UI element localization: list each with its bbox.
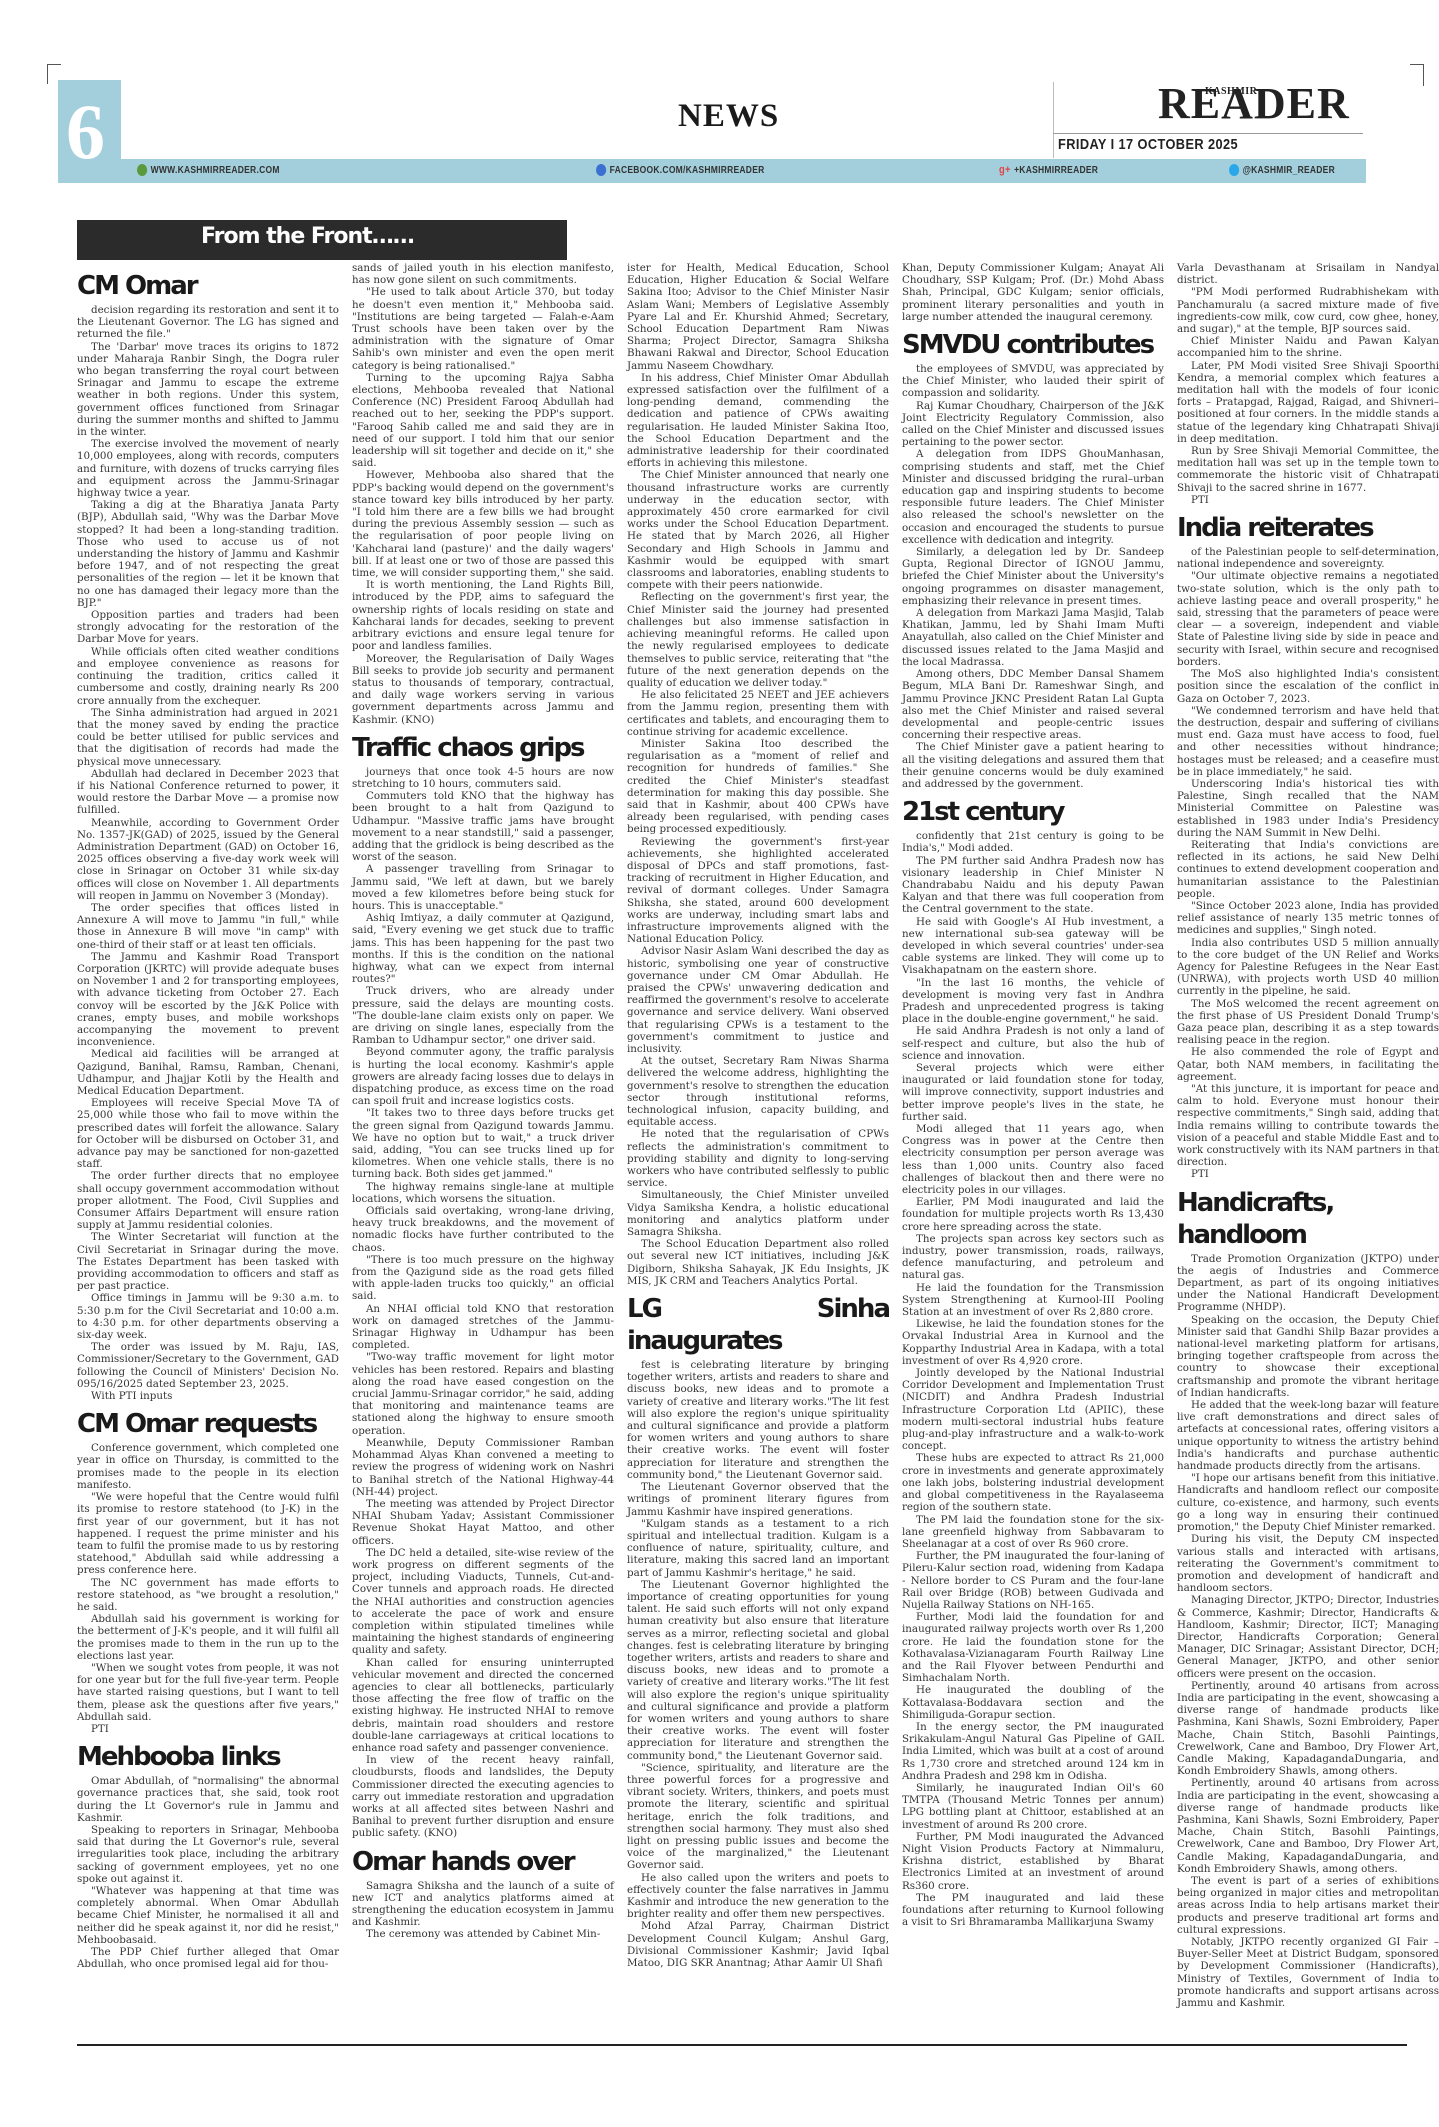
- article-paragraph: A delegation from IDPS GhouManhasan, com…: [902, 448, 1164, 546]
- article-paragraph: He added that the week-long bazar will f…: [1177, 1399, 1439, 1472]
- article-paragraph: Speaking to reporters in Srinagar, Mehbo…: [77, 1824, 339, 1885]
- masthead: 6 NEWS KASHMIR READER FRIDAY I 17 OCTOBE…: [58, 80, 1400, 183]
- article-paragraph: Reflecting on the government's first yea…: [627, 591, 889, 689]
- article-paragraph: Mohd Afzal Parray, Chairman District Dev…: [627, 1920, 889, 1969]
- article-paragraph: "Science, spirituality, and literature a…: [627, 1762, 889, 1872]
- article-paragraph: The PDP Chief further alleged that Omar …: [77, 1946, 339, 1970]
- article-paragraph: confidently that 21st century is going t…: [902, 830, 1164, 854]
- article-paragraph: journeys that once took 4-5 hours are no…: [352, 766, 614, 790]
- article-paragraph: The Jammu and Kashmir Road Transport Cor…: [77, 951, 339, 1049]
- article-credit: With PTI inputs: [77, 1390, 339, 1402]
- article-paragraph: He also commended the role of Egypt and …: [1177, 1046, 1439, 1083]
- article-paragraph: He said Andhra Pradesh is not only a lan…: [902, 1025, 1164, 1062]
- article-paragraph: Further, PM Modi inaugurated the Advance…: [902, 1831, 1164, 1892]
- article-paragraph: The projects span across key sectors suc…: [902, 1233, 1164, 1282]
- article-paragraph: Advisor Nasir Aslam Wani described the d…: [627, 945, 889, 1055]
- column-4: Khan, Deputy Commissioner Kulgam; Anayat…: [902, 262, 1164, 1928]
- google-plus-icon: g+: [999, 164, 1011, 176]
- article-paragraph: He said with Google's AI Hub investment,…: [902, 916, 1164, 977]
- article-paragraph: India also contributes USD 5 million ann…: [1177, 937, 1439, 998]
- article-paragraph: ister for Health, Medical Education, Sch…: [627, 262, 889, 372]
- article-paragraph: Medical aid facilities will be arranged …: [77, 1048, 339, 1097]
- article-paragraph: Commuters told KNO that the highway has …: [352, 790, 614, 863]
- article-paragraph: Reviewing the government's first-year ac…: [627, 836, 889, 946]
- article-paragraph: The 'Darbar' move traces its origins to …: [77, 341, 339, 439]
- article-paragraph: "We condemned terrorism and have held th…: [1177, 705, 1439, 778]
- from-the-front-banner: From the Front……: [77, 220, 567, 260]
- article-paragraph: Turning to the upcoming Rajya Sabha elec…: [352, 372, 614, 470]
- article-paragraph: The PM further said Andhra Pradesh now h…: [902, 855, 1164, 916]
- article-paragraph: sands of jailed youth in his election ma…: [352, 262, 614, 286]
- article-paragraph: He also called upon the writers and poet…: [627, 1872, 889, 1921]
- article-paragraph: Earlier, PM Modi inaugurated and laid th…: [902, 1196, 1164, 1233]
- article-paragraph: He noted that the regularisation of CPWs…: [627, 1128, 889, 1189]
- masthead-rule: [1053, 133, 1363, 134]
- article-paragraph: Similarly, a delegation led by Dr. Sande…: [902, 546, 1164, 607]
- article-paragraph: Managing Director, JKTPO; Director, Indu…: [1177, 1594, 1439, 1679]
- article-paragraph: The order further directs that no employ…: [77, 1170, 339, 1231]
- article-paragraph: A delegation from Markazi Jama Masjid, T…: [902, 607, 1164, 668]
- article-paragraph: Further, the PM inaugurated the four-lan…: [902, 1550, 1164, 1611]
- article-paragraph: Officials said overtaking, wrong-lane dr…: [352, 1205, 614, 1254]
- facebook-icon: [596, 164, 606, 176]
- article-paragraph: Several projects which were either inaug…: [902, 1062, 1164, 1123]
- article-paragraph: A passenger travelling from Srinagar to …: [352, 863, 614, 912]
- article-paragraph: Samagra Shiksha and the launch of a suit…: [352, 1880, 614, 1929]
- article-paragraph: The highway remains single-lane at multi…: [352, 1181, 614, 1205]
- article-paragraph: In view of the recent heavy rainfall, cl…: [352, 1754, 614, 1839]
- article-paragraph: Minister Sakina Itoo described the regul…: [627, 738, 889, 836]
- article-paragraph: "He used to talk about Article 370, but …: [352, 286, 614, 371]
- article-paragraph: "PM Modi performed Rudrabhishekam with P…: [1177, 286, 1439, 335]
- article-paragraph: An NHAI official told KNO that restorati…: [352, 1303, 614, 1352]
- article-paragraph: Further, Modi laid the foundation for an…: [902, 1611, 1164, 1684]
- article-paragraph: The PM laid the foundation stone for the…: [902, 1514, 1164, 1551]
- google-plus-label: +KASHMIRREADER: [1014, 165, 1098, 176]
- column-1: CM Omar decision regarding its restorati…: [77, 270, 339, 1970]
- article-paragraph: In his address, Chief Minister Omar Abdu…: [627, 372, 889, 470]
- article-paragraph: The order specifies that offices listed …: [77, 902, 339, 951]
- article-credit: PTI: [1177, 494, 1439, 506]
- article-paragraph: During his visit, the Deputy CM inspecte…: [1177, 1533, 1439, 1594]
- article-paragraph: In the energy sector, the PM inaugurated…: [902, 1721, 1164, 1782]
- logo-reader: READER: [1158, 82, 1350, 126]
- headline-traffic-chaos-grips: Traffic chaos grips: [352, 732, 614, 764]
- article-paragraph: "When we sought votes from people, it wa…: [77, 1662, 339, 1723]
- article-paragraph: Taking a dig at the Bharatiya Janata Par…: [77, 499, 339, 609]
- article-paragraph: Jointly developed by the National Indust…: [902, 1367, 1164, 1452]
- article-paragraph: The DC held a detailed, site-wise review…: [352, 1547, 614, 1657]
- article-paragraph: Office timings in Jammu will be 9:30 a.m…: [77, 1292, 339, 1341]
- article-paragraph: Khan, Deputy Commissioner Kulgam; Anayat…: [902, 262, 1164, 323]
- column-2: sands of jailed youth in his election ma…: [352, 262, 614, 1941]
- issue-date: FRIDAY I 17 OCTOBER 2025: [1058, 136, 1238, 153]
- article-paragraph: While officials often cited weather cond…: [77, 646, 339, 707]
- headline-cm-omar-requests: CM Omar requests: [77, 1408, 339, 1440]
- article-paragraph: Among others, DDC Member Dansal Shamem B…: [902, 668, 1164, 741]
- article-paragraph: "It takes two to three days before truck…: [352, 1107, 614, 1180]
- article-paragraph: Reiterating that India's convictions are…: [1177, 839, 1439, 900]
- section-title: NEWS: [678, 98, 779, 135]
- column-5: Varla Devasthanam at Srisailam in Nandya…: [1177, 262, 1439, 2009]
- article-paragraph: The Chief Minister announced that nearly…: [627, 469, 889, 591]
- headline-21st-century: 21st century: [902, 796, 1164, 828]
- social-twitter[interactable]: @KASHMIR_READER: [1229, 164, 1335, 176]
- article-paragraph: "In the last 16 months, the vehicle of d…: [902, 977, 1164, 1026]
- article-paragraph: The event is part of a series of exhibit…: [1177, 1875, 1439, 1936]
- article-paragraph: Abdullah had declared in December 2023 t…: [77, 768, 339, 817]
- article-paragraph: "At this juncture, it is important for p…: [1177, 1083, 1439, 1168]
- article-paragraph: "Our ultimate objective remains a negoti…: [1177, 570, 1439, 668]
- article-paragraph: Trade Promotion Organization (JKTPO) und…: [1177, 1253, 1439, 1314]
- article-paragraph: Simultaneously, the Chief Minister unvei…: [627, 1189, 889, 1238]
- article-paragraph: "We were hopeful that the Centre would f…: [77, 1491, 339, 1576]
- article-credit: PTI: [77, 1723, 339, 1735]
- article-paragraph: Truck drivers, who are already under pre…: [352, 985, 614, 1046]
- headline-lg-sinha-inaugurates: LG Sinha inaugurates: [627, 1293, 889, 1357]
- article-paragraph: Khan called for ensuring uninterrupted v…: [352, 1657, 614, 1755]
- article-paragraph: The Lieutenant Governor highlighted the …: [627, 1579, 889, 1762]
- article-paragraph: Notably, JKTPO recently organized GI Fai…: [1177, 1936, 1439, 2009]
- article-paragraph: He inaugurated the doubling of the Kotta…: [902, 1684, 1164, 1721]
- facebook-label: FACEBOOK.COM/KASHMIRREADER: [610, 165, 765, 176]
- article-paragraph: Run by Sree Shivaji Memorial Committee, …: [1177, 445, 1439, 494]
- article-paragraph: The PM inaugurated and laid these founda…: [902, 1892, 1164, 1929]
- article-paragraph: The meeting was attended by Project Dire…: [352, 1498, 614, 1547]
- twitter-icon: [1229, 164, 1239, 176]
- article-paragraph: The MoS welcomed the recent agreement on…: [1177, 998, 1439, 1047]
- article-paragraph: The ceremony was attended by Cabinet Min…: [352, 1928, 614, 1940]
- article-paragraph: Modi alleged that 11 years ago, when Con…: [902, 1123, 1164, 1196]
- social-google-plus[interactable]: g+ +KASHMIRREADER: [999, 164, 1098, 176]
- article-paragraph: Pertinently, around 40 artisans from acr…: [1177, 1777, 1439, 1875]
- article-paragraph: It is worth mentioning, the Land Rights …: [352, 579, 614, 652]
- article-paragraph: "I hope our artisans benefit from this i…: [1177, 1472, 1439, 1533]
- article-paragraph: "Since October 2023 alone, India has pro…: [1177, 900, 1439, 937]
- headline-handicrafts-handloom: Handicrafts, handloom: [1177, 1187, 1439, 1251]
- column-3: ister for Health, Medical Education, Sch…: [627, 262, 889, 1969]
- headline-omar-hands-over: Omar hands over: [352, 1846, 614, 1878]
- article-paragraph: decision regarding its restoration and s…: [77, 304, 339, 341]
- social-facebook[interactable]: FACEBOOK.COM/KASHMIRREADER: [596, 164, 765, 176]
- page-number: 6: [66, 86, 105, 178]
- article-paragraph: "There is too much pressure on the highw…: [352, 1254, 614, 1303]
- article-paragraph: Moreover, the Regularisation of Daily Wa…: [352, 653, 614, 726]
- article-paragraph: The School Education Department also rol…: [627, 1238, 889, 1287]
- article-paragraph: Meanwhile, Deputy Commissioner Ramban Mo…: [352, 1437, 614, 1498]
- social-bar: WWW.KASHMIRREADER.COM FACEBOOK.COM/KASHM…: [121, 159, 1366, 183]
- article-paragraph: Omar Abdullah, of "normalising" the abno…: [77, 1775, 339, 1824]
- headline-cm-omar: CM Omar: [77, 270, 339, 302]
- twitter-label: @KASHMIR_READER: [1243, 165, 1335, 176]
- article-paragraph: Meanwhile, according to Government Order…: [77, 817, 339, 902]
- article-paragraph: The exercise involved the movement of ne…: [77, 438, 339, 499]
- article-paragraph: Underscoring India's historical ties wit…: [1177, 778, 1439, 839]
- article-paragraph: He laid the foundation for the Transmiss…: [902, 1282, 1164, 1319]
- bottom-rule: [77, 2044, 1407, 2046]
- article-paragraph: The Lieutenant Governor observed that th…: [627, 1481, 889, 1518]
- article-paragraph: The Sinha administration had argued in 2…: [77, 707, 339, 768]
- headline-smvdu-contributes: SMVDU contributes: [902, 329, 1164, 361]
- article-paragraph: Similarly, he inaugurated Indian Oil's 6…: [902, 1782, 1164, 1831]
- article-paragraph: Likewise, he laid the foundation stones …: [902, 1318, 1164, 1367]
- article-paragraph: Abdullah said his government is working …: [77, 1613, 339, 1662]
- social-website[interactable]: WWW.KASHMIRREADER.COM: [137, 164, 280, 176]
- article-paragraph: He also felicitated 25 NEET and JEE achi…: [627, 689, 889, 738]
- article-paragraph: of the Palestinian people to self-determ…: [1177, 546, 1439, 570]
- article-paragraph: Employees will receive Special Move TA o…: [77, 1097, 339, 1170]
- article-paragraph: These hubs are expected to attract Rs 21…: [902, 1452, 1164, 1513]
- crop-mark-top-right: [1410, 64, 1424, 86]
- article-paragraph: Later, PM Modi visited Sree Shivaji Spoo…: [1177, 360, 1439, 445]
- article-paragraph: the employees of SMVDU, was appreciated …: [902, 363, 1164, 400]
- article-paragraph: fest is celebrating literature by bringi…: [627, 1359, 889, 1481]
- article-paragraph: Ashiq Imtiyaz, a daily commuter at Qazig…: [352, 912, 614, 985]
- banner-label: From the Front……: [201, 224, 414, 249]
- article-paragraph: Chief Minister Naidu and Pawan Kalyan ac…: [1177, 335, 1439, 359]
- article-paragraph: Raj Kumar Choudhary, Chairperson of the …: [902, 400, 1164, 449]
- article-paragraph: Conference government, which completed o…: [77, 1442, 339, 1491]
- article-paragraph: "Whatever was happening at that time was…: [77, 1885, 339, 1946]
- article-paragraph: Speaking on the occasion, the Deputy Chi…: [1177, 1314, 1439, 1399]
- globe-icon: [137, 164, 147, 176]
- article-paragraph: "Kulgam stands as a testament to a rich …: [627, 1518, 889, 1579]
- article-paragraph: Pertinently, around 40 artisans from acr…: [1177, 1680, 1439, 1778]
- article-paragraph: Beyond commuter agony, the traffic paral…: [352, 1046, 614, 1107]
- website-label: WWW.KASHMIRREADER.COM: [151, 165, 280, 176]
- article-paragraph: Opposition parties and traders had been …: [77, 609, 339, 646]
- article-paragraph: The Winter Secretariat will function at …: [77, 1231, 339, 1292]
- article-paragraph: The MoS also highlighted India's consist…: [1177, 668, 1439, 705]
- headline-mehbooba-links: Mehbooba links: [77, 1741, 339, 1773]
- article-paragraph: At the outset, Secretary Ram Niwas Sharm…: [627, 1055, 889, 1128]
- article-paragraph: "Two-way traffic movement for light moto…: [352, 1351, 614, 1436]
- headline-india-reiterates: India reiterates: [1177, 512, 1439, 544]
- article-paragraph: The order was issued by M. Raju, IAS, Co…: [77, 1341, 339, 1390]
- article-paragraph: The Chief Minister gave a patient hearin…: [902, 741, 1164, 790]
- article-credit: PTI: [1177, 1168, 1439, 1180]
- page-number-box: 6: [58, 80, 121, 183]
- article-paragraph: The NC government has made efforts to re…: [77, 1577, 339, 1614]
- article-paragraph: Varla Devasthanam at Srisailam in Nandya…: [1177, 262, 1439, 286]
- masthead-divider: [1053, 82, 1054, 158]
- article-paragraph: However, Mehbooba also shared that the P…: [352, 469, 614, 579]
